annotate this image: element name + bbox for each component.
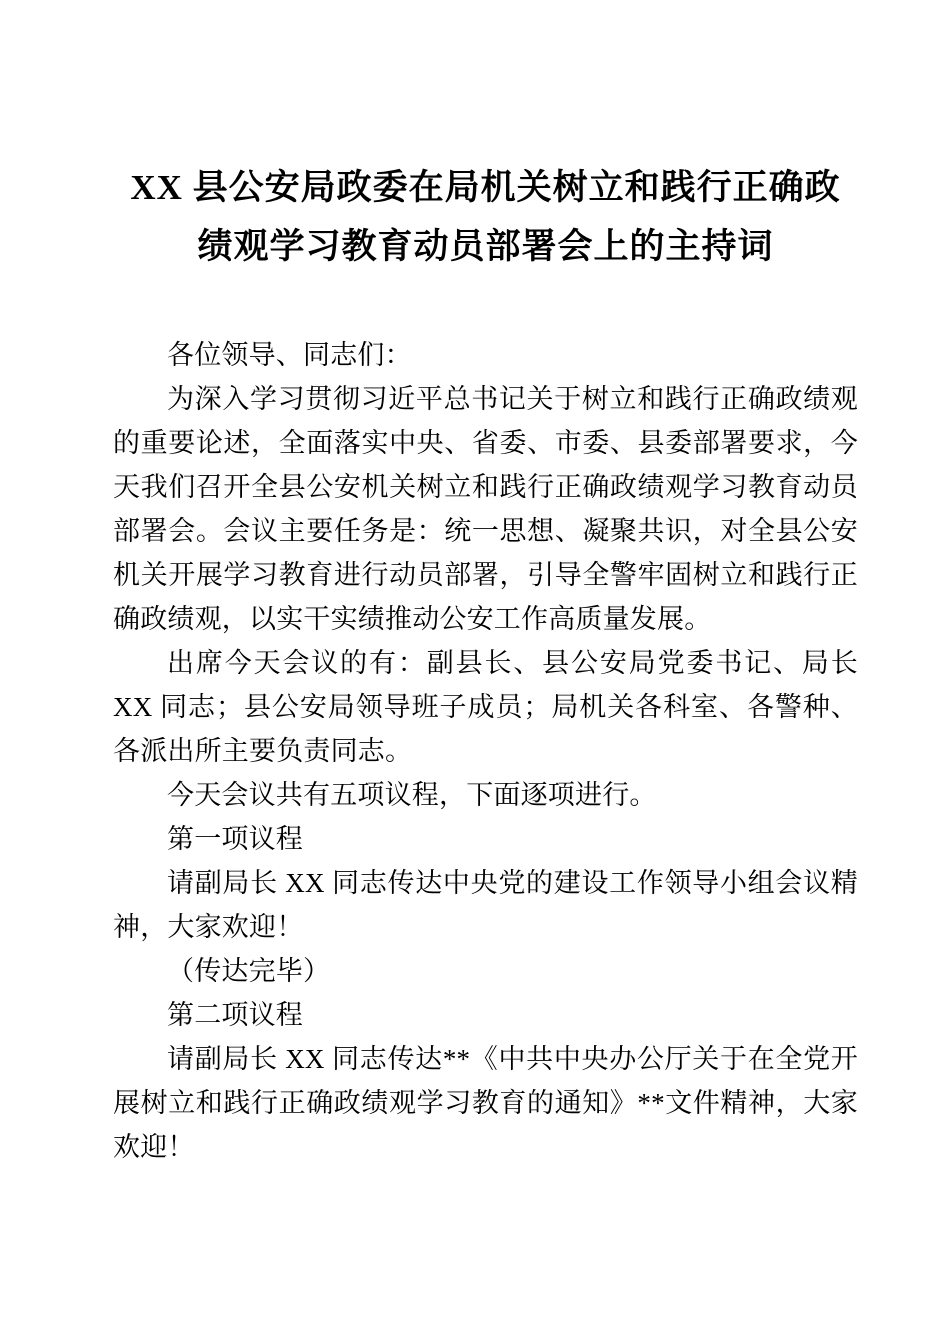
paragraph: 各位领导、同志们： <box>113 333 858 377</box>
paragraph: 出席今天会议的有：副县长、县公安局党委书记、局长 XX 同志；县公安局领导班子成… <box>113 641 858 773</box>
document-title-line-1: XX 县公安局政委在局机关树立和践行正确政 <box>113 158 858 217</box>
document-title-line-2: 绩观学习教育动员部署会上的主持词 <box>113 217 858 276</box>
document-body: 各位领导、同志们：为深入学习贯彻习近平总书记关于树立和践行正确政绩观的重要论述，… <box>113 333 858 1169</box>
paragraph: 为深入学习贯彻习近平总书记关于树立和践行正确政绩观的重要论述，全面落实中央、省委… <box>113 377 858 641</box>
paragraph: 请副局长 XX 同志传达**《中共中央办公厅关于在全党开展树立和践行正确政绩观学… <box>113 1037 858 1169</box>
paragraph: 第二项议程 <box>113 993 858 1037</box>
paragraph: 第一项议程 <box>113 817 858 861</box>
document-title: XX 县公安局政委在局机关树立和践行正确政 绩观学习教育动员部署会上的主持词 <box>113 158 858 276</box>
paragraph: 今天会议共有五项议程，下面逐项进行。 <box>113 773 858 817</box>
paragraph: 请副局长 XX 同志传达中央党的建设工作领导小组会议精神，大家欢迎！ <box>113 861 858 949</box>
paragraph: （传达完毕） <box>113 949 858 993</box>
document-page: XX 县公安局政委在局机关树立和践行正确政 绩观学习教育动员部署会上的主持词 各… <box>0 0 950 1344</box>
